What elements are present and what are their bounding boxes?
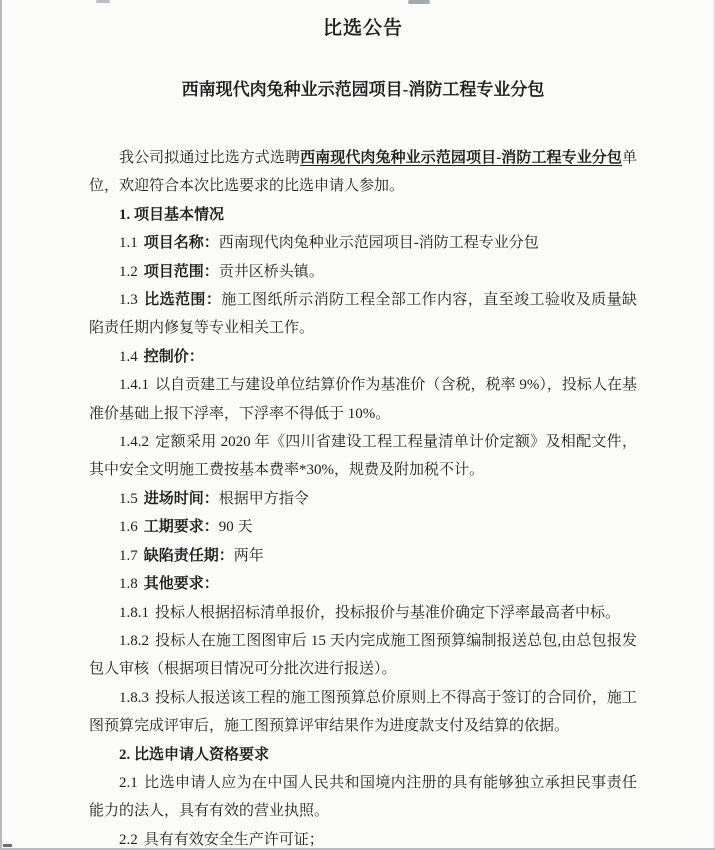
- intro-pre-text: 我公司拟通过比选方式选聘: [119, 150, 300, 166]
- clause-label: 项目名称：: [144, 235, 219, 251]
- clause-label: 控制价：: [144, 349, 204, 365]
- clause-number: 1.5: [119, 491, 138, 507]
- clause-text: 以自贡建工与建设单位结算价作为基准价（含税，税率 9%），投标人在基准价基础上报…: [89, 377, 637, 421]
- clause-1-8: 1.8其他要求：: [89, 570, 637, 598]
- document-content: 比选公告 西南现代肉兔种业示范园项目-消防工程专业分包 我公司拟通过比选方式选聘…: [89, 0, 637, 850]
- clause-2-2: 2.2具有有效安全生产许可证；: [89, 826, 637, 850]
- clause-number: 1.6: [119, 519, 138, 535]
- clause-number: 1.7: [119, 548, 138, 564]
- clause-label: 项目范围：: [144, 264, 219, 280]
- clause-text: 投标人根据招标清单报价，投标报价与基准价确定下浮率最高者中标。: [155, 605, 620, 621]
- clause-text: 投标人在施工图图审后 15 天内完成施工图预算编制报送总包,由总包报发包人审核（…: [89, 633, 637, 677]
- clause-text: 具有有效安全生产许可证；: [144, 832, 324, 848]
- project-subtitle: 西南现代肉兔种业示范园项目-消防工程专业分包: [89, 76, 637, 104]
- clause-1-7: 1.7缺陷责任期：两年: [89, 542, 637, 570]
- clause-number: 1.4.1: [119, 377, 149, 393]
- clause-text: 比选申请人应为在中国人民共和国境内注册的具有能够独立承担民事责任能力的法人，具有…: [89, 775, 637, 819]
- section-heading-1: 1. 项目基本情况: [89, 201, 637, 229]
- scanned-document-page: 比选公告 西南现代肉兔种业示范园项目-消防工程专业分包 我公司拟通过比选方式选聘…: [0, 0, 715, 850]
- clause-1-8-1: 1.8.1投标人根据招标清单报价，投标报价与基准价确定下浮率最高者中标。: [89, 599, 637, 627]
- clause-number: 1.8.2: [119, 633, 149, 649]
- clause-2-1: 2.1比选申请人应为在中国人民共和国境内注册的具有能够独立承担民事责任能力的法人…: [89, 769, 637, 826]
- clause-1-2: 1.2项目范围：贡井区桥头镇。: [89, 258, 637, 286]
- clause-label: 工期要求：: [144, 519, 219, 535]
- clause-label: 比选范围：: [144, 292, 221, 308]
- clause-label: 其他要求：: [144, 576, 219, 592]
- intro-project-name-underlined: 西南现代肉兔种业示范园项目-消防工程专业分包: [300, 150, 622, 166]
- section-heading-2: 2. 比选申请人资格要求: [89, 741, 637, 769]
- intro-paragraph: 我公司拟通过比选方式选聘西南现代肉兔种业示范园项目-消防工程专业分包单位，欢迎符…: [89, 144, 637, 201]
- clause-1-4-1: 1.4.1以自贡建工与建设单位结算价作为基准价（含税，税率 9%），投标人在基准…: [89, 371, 637, 428]
- document-body: 我公司拟通过比选方式选聘西南现代肉兔种业示范园项目-消防工程专业分包单位，欢迎符…: [89, 144, 637, 850]
- clause-number: 1.4: [119, 349, 138, 365]
- clause-number: 1.8.1: [119, 605, 149, 621]
- clause-label: 进场时间：: [144, 491, 219, 507]
- clause-number: 1.8: [119, 576, 138, 592]
- clause-number: 1.3: [119, 292, 138, 308]
- clause-1-8-3: 1.8.3投标人报送该工程的施工图预算总价原则上不得高于签订的合同价，施工图预算…: [89, 684, 637, 741]
- clause-label: 缺陷责任期：: [144, 548, 234, 564]
- clause-number: 2.1: [119, 775, 138, 791]
- scan-mark-bottom-left: [3, 844, 12, 847]
- clause-number: 1.2: [119, 264, 138, 280]
- clause-text: 定额采用 2020 年《四川省建设工程工程量清单计价定额》及相配文件，其中安全文…: [89, 434, 637, 478]
- clause-text: 两年: [234, 548, 264, 564]
- clause-1-4-2: 1.4.2定额采用 2020 年《四川省建设工程工程量清单计价定额》及相配文件，…: [89, 428, 637, 485]
- clause-text: 投标人报送该工程的施工图预算总价原则上不得高于签订的合同价，施工图预算完成评审后…: [89, 690, 637, 734]
- document-title: 比选公告: [89, 14, 637, 44]
- clause-1-4: 1.4控制价：: [89, 343, 637, 371]
- clause-text: 90 天: [219, 519, 253, 535]
- clause-text: 西南现代肉兔种业示范园项目-消防工程专业分包: [219, 235, 539, 251]
- clause-1-8-2: 1.8.2投标人在施工图图审后 15 天内完成施工图预算编制报送总包,由总包报发…: [89, 627, 637, 684]
- clause-number: 1.4.2: [119, 434, 149, 450]
- clause-number: 1.1: [119, 235, 138, 251]
- clause-text: 贡井区桥头镇。: [219, 264, 324, 280]
- clause-1-5: 1.5进场时间：根据甲方指令: [89, 485, 637, 513]
- clause-1-3: 1.3比选范围：施工图纸所示消防工程全部工作内容，直至竣工验收及质量缺陷责任期内…: [89, 286, 637, 343]
- scan-artifact-left-edge: [0, 0, 2, 850]
- clause-text: 根据甲方指令: [219, 491, 309, 507]
- clause-1-1: 1.1项目名称：西南现代肉兔种业示范园项目-消防工程专业分包: [89, 229, 637, 257]
- clause-number: 1.8.3: [119, 690, 149, 706]
- clause-number: 2.2: [119, 832, 138, 848]
- clause-1-6: 1.6工期要求：90 天: [89, 513, 637, 541]
